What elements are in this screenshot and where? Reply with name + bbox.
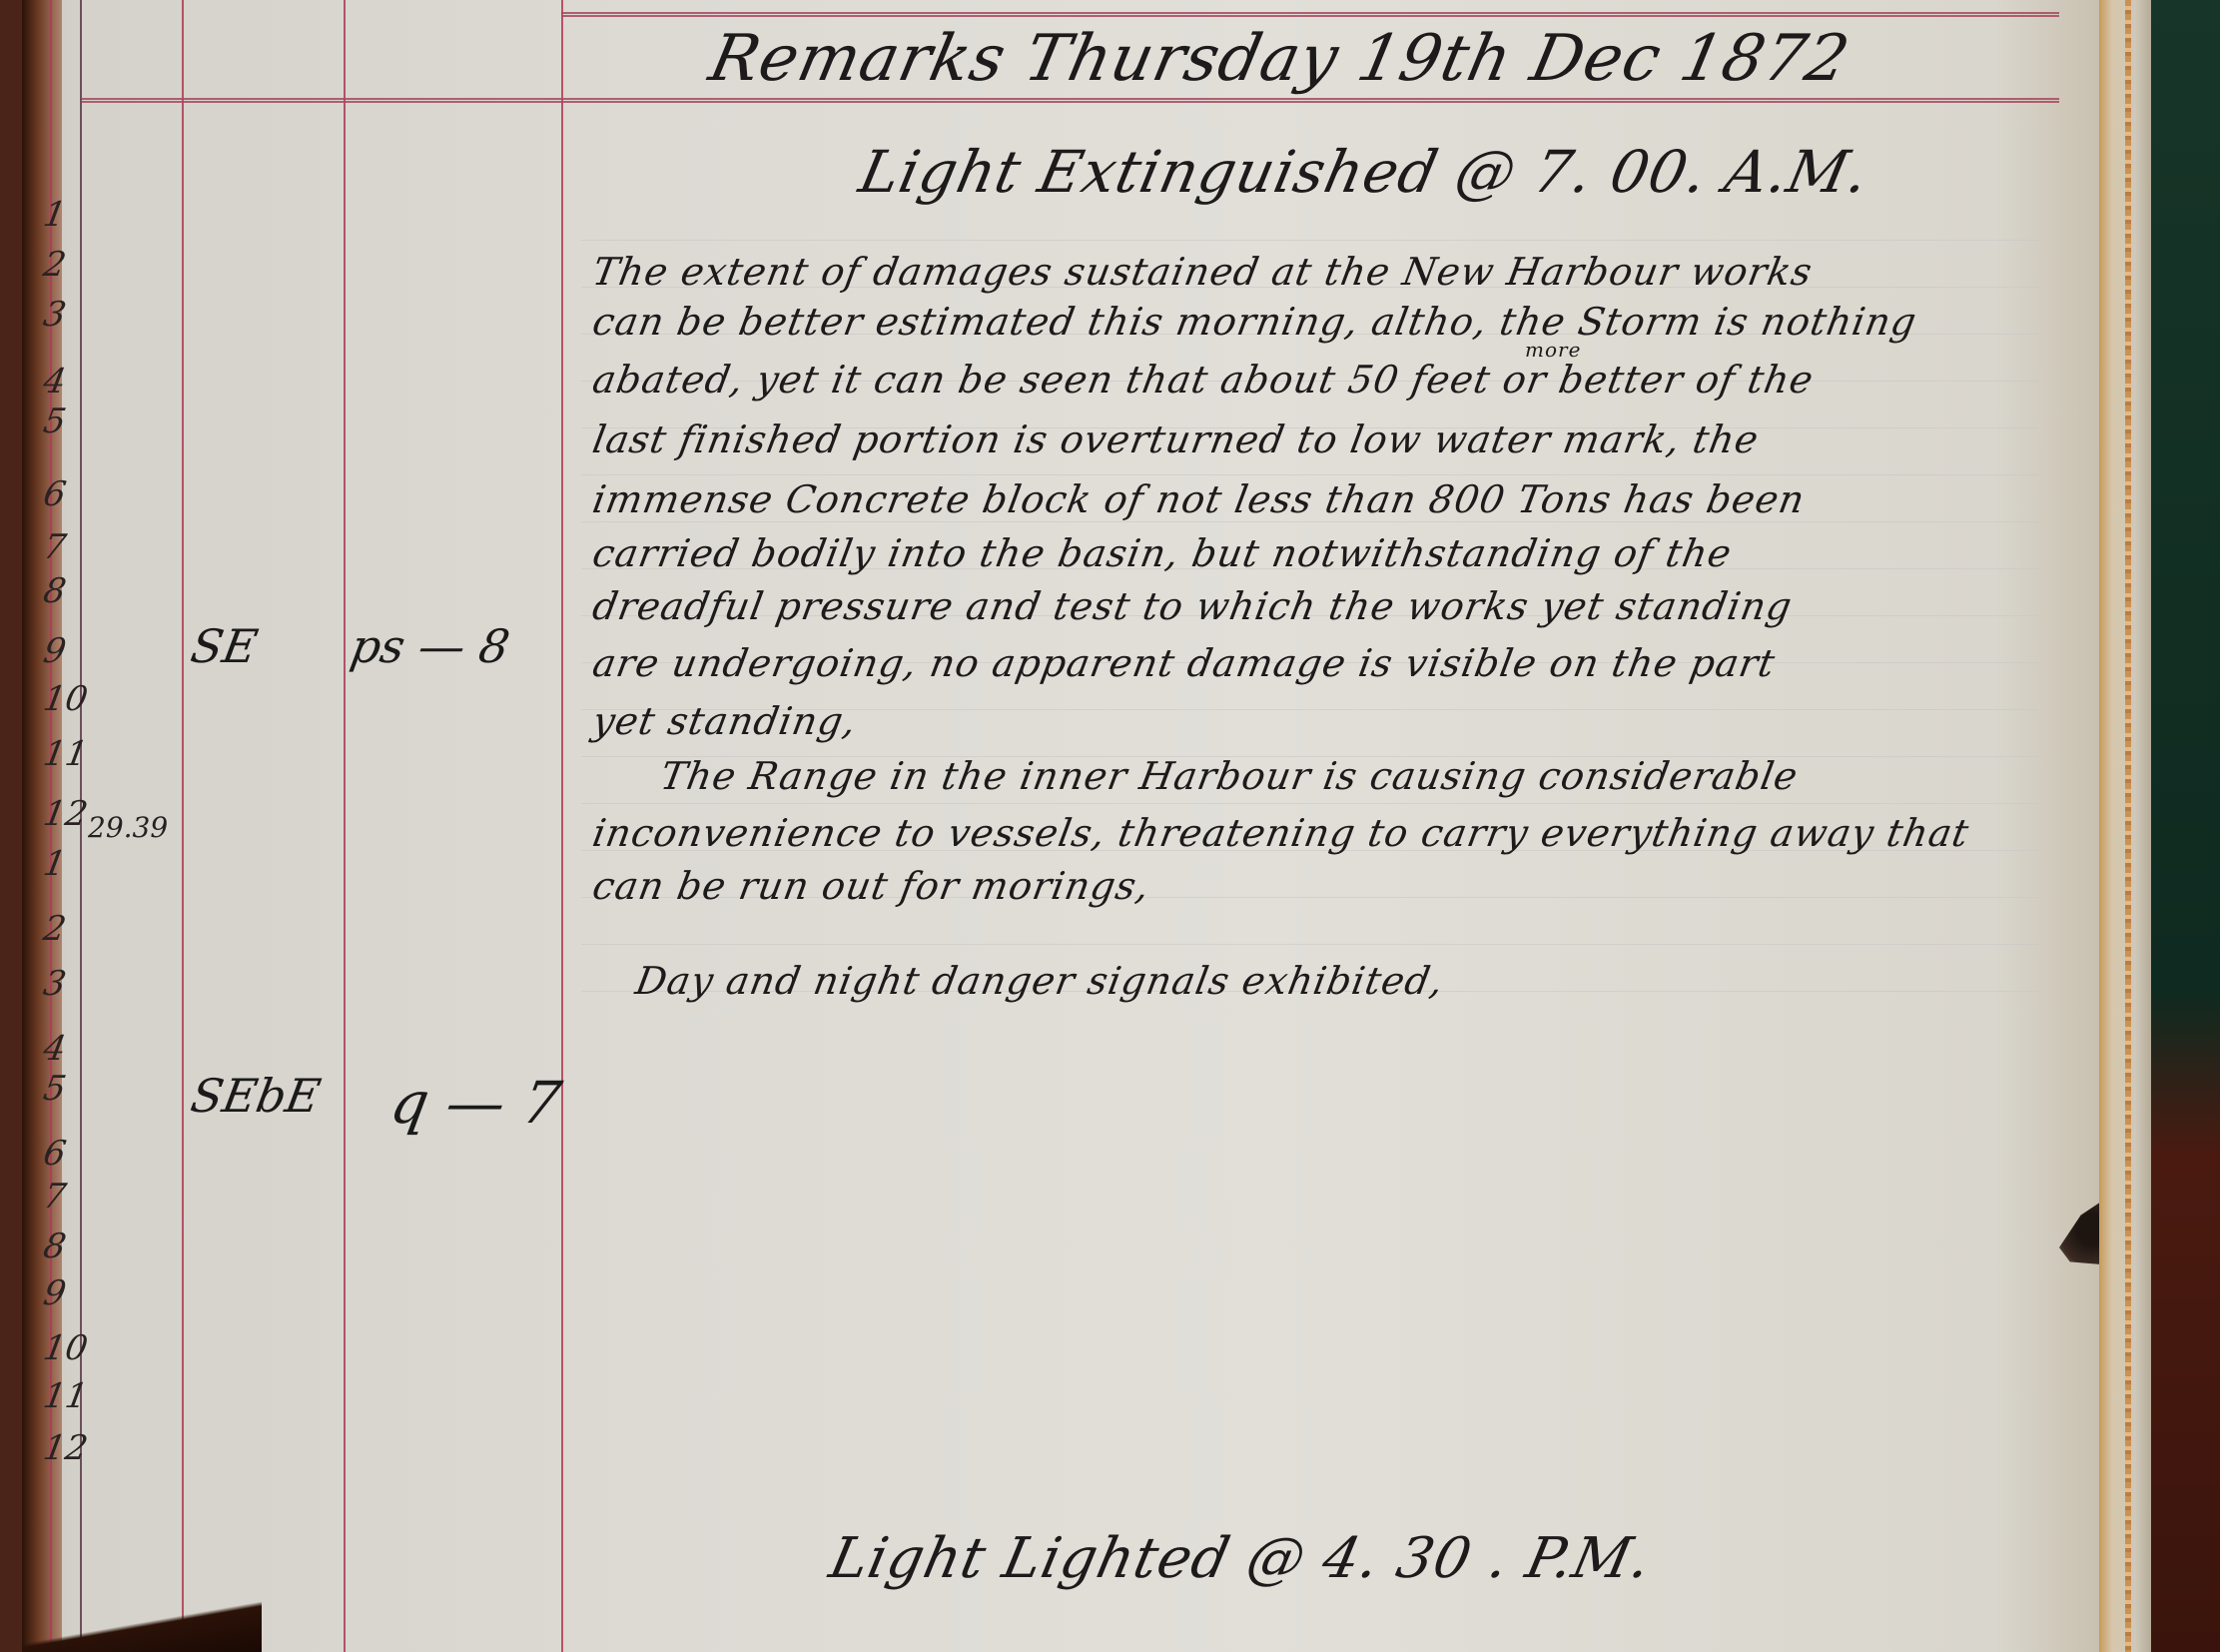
page-curl xyxy=(22,1602,262,1652)
page-title: Remarks Thursday 19th Dec 1872 xyxy=(703,22,1855,96)
gilt-edge xyxy=(2125,0,2131,1652)
hour-label: 10 xyxy=(40,1328,90,1368)
hour-label: 12 xyxy=(40,1428,90,1468)
light-lighted-note: Light Lighted @ 4. 30 . P.M. xyxy=(824,1526,1657,1591)
column-rule xyxy=(182,0,184,1652)
remark-line: dreadful pressure and test to which the … xyxy=(589,584,1796,628)
wind-direction: SE xyxy=(187,619,262,673)
remark-line: yet standing, xyxy=(589,699,860,743)
column-rule xyxy=(344,0,346,1652)
barometer-reading: 29.39 xyxy=(88,811,168,844)
remark-line: abated, yet it can be seen that about 50… xyxy=(589,358,1818,402)
header-rule xyxy=(561,12,2059,17)
remark-line: inconvenience to vessels, threatening to… xyxy=(589,811,1972,855)
remark-line: The extent of damages sustained at the N… xyxy=(589,250,1816,294)
wind-direction: SEbE xyxy=(187,1069,325,1123)
remark-line: immense Concrete block of not less than … xyxy=(589,477,1809,521)
ledger-page: Remarks Thursday 19th Dec 1872 Light Ext… xyxy=(22,0,2099,1652)
header-rule xyxy=(82,98,2059,103)
hour-label: 11 xyxy=(40,1376,90,1416)
remark-line: last finished portion is overturned to l… xyxy=(589,417,1763,461)
hour-label: 11 xyxy=(40,734,90,774)
remark-line: can be run out for morings, xyxy=(589,864,1153,908)
light-extinguished-note: Light Extinguished @ 7. 00. A.M. xyxy=(854,138,1875,206)
weather-code: q — 7 xyxy=(385,1069,566,1137)
book-cover xyxy=(2151,0,2220,1652)
remark-line: carried bodily into the basin, but notwi… xyxy=(589,531,1736,575)
remark-line: can be better estimated this morning, al… xyxy=(589,300,1920,344)
interlinear-correction: more xyxy=(1525,338,1581,362)
hour-label: 10 xyxy=(40,679,90,719)
column-rule xyxy=(561,0,563,1652)
remark-line: are undergoing, no apparent damage is vi… xyxy=(589,641,1779,685)
remark-line: The Range in the inner Harbour is causin… xyxy=(657,754,1802,798)
remark-line: Day and night danger signals exhibited, xyxy=(632,959,1447,1003)
weather-code: ps — 8 xyxy=(347,619,513,673)
hour-label: 12 xyxy=(40,794,90,834)
